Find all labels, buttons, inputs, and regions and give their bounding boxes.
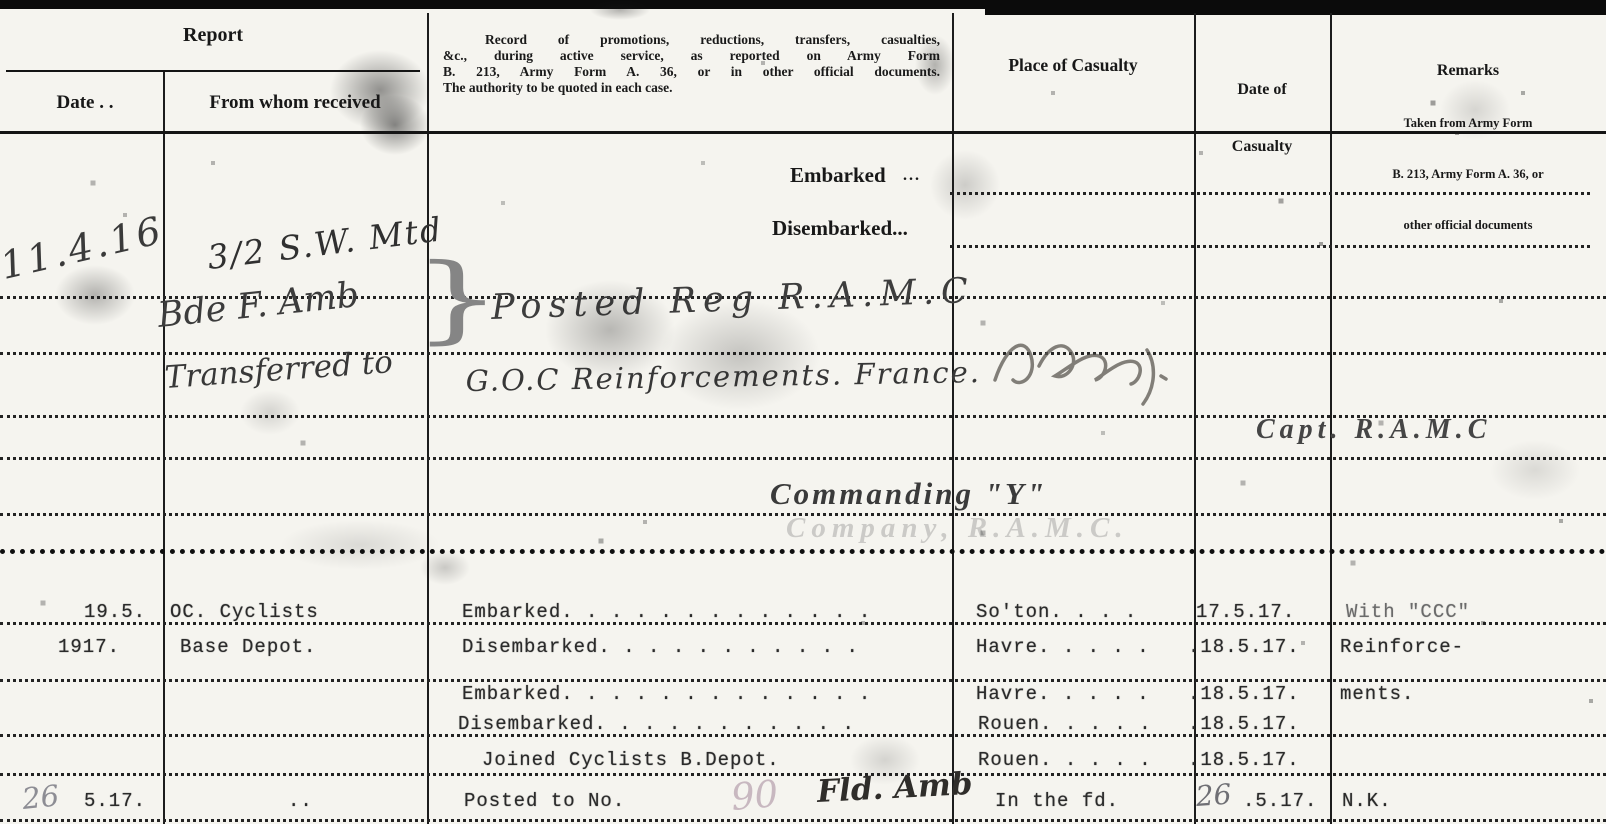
- typed-row-casualty-date: .18.5.17.: [1188, 683, 1300, 705]
- typed-row-place: Havre. . . . .: [976, 683, 1150, 705]
- typed-row-casualty-date: .18.5.17.: [1188, 713, 1300, 735]
- col-header-date-of-casualty: Date of Casualty: [1196, 42, 1328, 194]
- stamp-commanding-faint: Company, R.A.M.C.: [786, 512, 1129, 544]
- typed-row-place: So'ton. . . .: [976, 601, 1137, 623]
- handwritten-record-line2: G.O.C Reinforcements. France.: [465, 355, 981, 398]
- typed-row-record: Joined Cyclists B.Depot.: [482, 749, 780, 771]
- col-header-remarks: Remarks Taken from Army Form B. 213, Arm…: [1334, 26, 1602, 269]
- typed-row-casualty-date: .18.5.17.: [1188, 749, 1300, 771]
- typed-row-place: In the fd.: [995, 790, 1119, 812]
- handwritten-signature: [985, 322, 1215, 412]
- dotted-rule-bottom: [0, 819, 1606, 822]
- stamp-commanding-line: Commanding "Y" Company, R.A.M.C.: [754, 458, 1129, 563]
- remarks-sub-line2: B. 213, Army Form A. 36, or: [1334, 167, 1602, 182]
- col-header-place-of-casualty: Place of Casualty: [956, 55, 1190, 76]
- handwritten-from-whom-line1: 3/2 S.W. Mtd: [205, 209, 445, 277]
- typed-row-record: Disembarked. . . . . . . . . . .: [462, 636, 859, 658]
- handwritten-posted-unit-number: 90: [729, 772, 780, 819]
- date-of-casualty-line2: Casualty: [1196, 137, 1328, 156]
- dotted-rule-row7: [0, 679, 1606, 682]
- col-header-record-line2: &c., during active service, as reported …: [443, 48, 940, 64]
- column-rule-from-record: [427, 13, 429, 824]
- handwritten-from-whom-line2: Bde F. Amb: [156, 275, 361, 336]
- remarks-sub-line1: Taken from Army Form: [1334, 116, 1602, 131]
- printed-embarked-label: Embarked: [790, 163, 886, 188]
- handwritten-report-date: 11.4.16: [0, 208, 168, 288]
- typed-row-casualty-date: .5.17.: [1243, 790, 1317, 812]
- handwritten-bottom-casualty-day: 26: [1195, 778, 1233, 813]
- typed-row-remarks: With "CCC": [1346, 601, 1470, 623]
- typed-row-place: Rouen. . . . .: [978, 713, 1152, 735]
- col-header-date: Date . .: [20, 92, 150, 114]
- stamp-rank-line: Capt. R.A.M.C: [1256, 414, 1491, 446]
- column-rule-date-from: [163, 71, 165, 824]
- typed-row-from: ..: [288, 790, 313, 812]
- ink-smudge: [1490, 440, 1580, 500]
- ink-smudge: [930, 150, 1000, 220]
- scan-edge-bar-right: [985, 0, 1606, 15]
- typed-row-place: Rouen. . . . .: [978, 749, 1152, 771]
- ink-smudge: [280, 520, 440, 570]
- typed-row-record: Embarked. . . . . . . . . . . . .: [462, 601, 871, 623]
- typed-row-place: Havre. . . . .: [976, 636, 1150, 658]
- dotted-rule-disembarked: [950, 245, 1590, 248]
- col-header-record-line1: Record of promotions, reductions, transf…: [443, 32, 940, 48]
- col-header-record-line3: B. 213, Army Form A. 36, or in other off…: [443, 64, 940, 80]
- scan-edge-bar-left: [0, 0, 1002, 9]
- army-service-record-scan: Report Date . . From whom received Recor…: [0, 0, 1606, 824]
- remarks-title: Remarks: [1334, 62, 1602, 80]
- col-header-from-whom: From whom received: [170, 92, 420, 114]
- handwritten-brace: }: [412, 252, 503, 347]
- stamp-commanding-strong: Commanding "Y": [770, 476, 1047, 511]
- date-of-casualty-line1: Date of: [1196, 80, 1328, 99]
- typed-row-record: Disembarked. . . . . . . . . . .: [458, 713, 855, 735]
- dotted-rule-embarked: [950, 192, 1590, 195]
- handwritten-posted-unit-name: Fld. Amb: [816, 766, 973, 810]
- typed-row-casualty-date: 17.5.17.: [1196, 601, 1295, 623]
- printed-embarked-dots: ...: [903, 167, 921, 185]
- handwritten-record-line1: Posted Reg R.A.M.C: [491, 271, 976, 328]
- typed-row-from: OC. Cyclists: [170, 601, 319, 623]
- printed-disembarked-label: Disembarked...: [772, 216, 908, 241]
- typed-row-remarks: ments.: [1340, 683, 1414, 705]
- typed-row-remarks: N.K.: [1342, 790, 1392, 812]
- ink-smudge: [330, 50, 430, 130]
- report-subheader-rule: [6, 70, 420, 72]
- col-header-record-line4: The authority to be quoted in each case.: [443, 80, 940, 96]
- typed-row-date: 5.17.: [84, 790, 146, 812]
- typed-row-from: Base Depot.: [180, 636, 316, 658]
- typed-row-date: 19.5.: [84, 601, 146, 623]
- typed-row-record: Embarked. . . . . . . . . . . . .: [462, 683, 871, 705]
- dotted-rule-row9: [0, 773, 1606, 776]
- typed-row-casualty-date: .18.5.17.: [1188, 636, 1300, 658]
- typed-row-date: 1917.: [58, 636, 120, 658]
- column-rule-record-place: [952, 13, 954, 824]
- remarks-sub-line3: other official documents: [1334, 218, 1602, 233]
- ink-smudge: [240, 390, 300, 435]
- col-header-report: Report: [63, 24, 363, 47]
- ink-smudge: [55, 265, 135, 325]
- typed-row-record: Posted to No.: [464, 790, 625, 812]
- handwritten-bottom-report-day: 26: [20, 778, 60, 816]
- typed-row-remarks: Reinforce-: [1340, 636, 1464, 658]
